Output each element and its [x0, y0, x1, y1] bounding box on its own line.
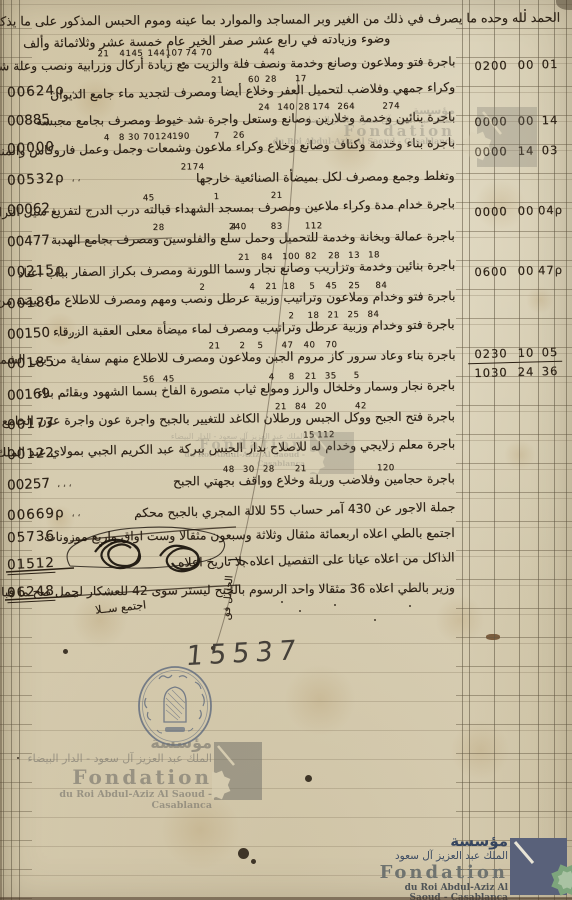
official-seal-stamp-icon: [139, 667, 211, 745]
entry-superscript-number: 5: [309, 280, 315, 295]
entry-superscript-number: 84: [375, 279, 387, 294]
entry-superscript-number: 21: [295, 462, 307, 477]
total-value: 00885: [7, 111, 51, 129]
entry-superscript-number: 21: [208, 339, 220, 354]
entry-superscript-number: 274: [382, 99, 400, 114]
entry-superscript-number: 84: [295, 400, 307, 415]
watermark-french-line: du Roi Abdul-Aziz Al Saoud - Casablanca: [0, 789, 212, 811]
right-table-cell: 05: [538, 345, 562, 360]
ruling-vertical-line: [494, 0, 495, 900]
entry-superscript-number: 7: [214, 129, 220, 144]
header-invocation-line: الحمد لله وحده ما يصرف في ذلك من الغير و…: [0, 10, 560, 30]
entry-superscript-number: 21: [275, 400, 287, 415]
ink-speck: [305, 775, 312, 782]
entry-superscript-number: 124: [155, 130, 173, 145]
entry-superscript-number: 30: [128, 131, 140, 146]
right-table-cell: 10: [514, 345, 538, 360]
entry-superscript-number: 45: [143, 191, 155, 206]
right-table-row: 00000014: [468, 113, 562, 129]
entry-superscript-number: 74: [193, 160, 205, 175]
ledger-entry-line: باجرة فتو وخدام وملاعون وتراتيب وزبية عر…: [0, 289, 455, 310]
entry-superscript-number: 28: [298, 100, 310, 115]
entry-superscript-number: 83: [271, 220, 283, 235]
entry-superscript-number: 84: [261, 250, 273, 265]
entry-superscript-number: 17: [295, 72, 307, 87]
entry-superscript-number: 25: [348, 279, 360, 294]
total-value: 00624ρ: [7, 82, 65, 101]
ledger-entry-line: باجرة بناء وخدمة وكناف وصانع وخلاع وكراء…: [0, 135, 455, 159]
right-table-cell: 0000: [468, 204, 514, 219]
entry-superscript-number: 28: [328, 249, 340, 264]
entry-superscript-number: 21: [271, 189, 283, 204]
right-table-cell: 00: [514, 57, 538, 72]
total-value: 00122: [7, 445, 56, 463]
right-table-row: 00001403: [468, 143, 562, 159]
entry-superscript-number: 2: [199, 281, 205, 296]
left-total-amount: 01512: [7, 555, 56, 575]
entry-text: جملة الاجور عن 430 آمر حساب 55 للالة الم…: [134, 500, 456, 520]
right-table-row: 00000004ρ: [468, 203, 562, 219]
closing-sum-note: اجتمع ســلا: [94, 598, 146, 616]
entry-superscript-number: 4: [231, 220, 237, 235]
ditto-marks: ، ،: [71, 509, 80, 519]
entry-superscript-number: 42: [355, 399, 367, 414]
entry-superscript-number: 45: [163, 372, 175, 387]
entry-text: اجتمع بالطي اعلاه اربعمائة مثقال وثلاثة …: [44, 526, 455, 544]
manuscript-page: الحمد لله وحده ما يصرف في ذلك من الغير و…: [0, 0, 572, 900]
total-value: 00169: [7, 386, 51, 404]
entry-superscript-number: 21: [238, 251, 250, 266]
left-total-amount: 00000: [7, 139, 56, 157]
ditto-marks: ، ،: [57, 115, 66, 125]
ink-speck: [251, 859, 256, 864]
right-table-cell: 1030: [468, 365, 514, 380]
right-table-cell: 14: [538, 113, 562, 128]
left-total-amount: 00257، ، ،: [7, 474, 72, 493]
entry-superscript-number: 47: [281, 339, 293, 354]
entry-superscript-number: 84: [368, 308, 380, 323]
watermark-arabic-name: مؤسسة: [378, 832, 508, 850]
total-value: 05736: [7, 528, 56, 546]
entry-superscript-number: 82: [305, 249, 317, 264]
fondation-logo-square-icon: [212, 741, 265, 821]
left-total-amount: 00062، ،: [7, 199, 66, 218]
watermark-fondation-label: Fondation: [0, 765, 212, 789]
entry-text: باجرة نجار وسمار وخلخال والرز ومولع ثياب…: [37, 378, 455, 400]
paper-stain: [284, 664, 356, 736]
right-table-cell: 04ρ: [538, 203, 562, 218]
left-total-amount: 00532ρ، ،: [7, 169, 81, 189]
entry-superscript-number: 18: [308, 309, 320, 324]
entry-superscript-number: 4: [269, 370, 275, 385]
entry-superscript-number: 13: [348, 249, 360, 264]
entry-superscript-number: 18: [368, 248, 380, 263]
entry-text: باجرة عمالة وبخانة وخدمة للتحميل وحمل سل…: [51, 229, 455, 247]
left-total-amount: 00215ρ: [7, 262, 65, 281]
paper-stain: [160, 790, 240, 870]
entry-superscript-number: 120: [377, 461, 395, 476]
entry-superscript-number: 25: [348, 308, 360, 323]
ink-speck: [486, 634, 500, 640]
right-table-cell: 0200: [468, 58, 514, 73]
ditto-marks: ، ،: [57, 204, 66, 214]
entry-text: باجرة بناء وعاد سرور كاز مروم الجبن وملا…: [0, 348, 455, 368]
entry-superscript-number: 8: [289, 370, 295, 385]
left-total-amount: 00180: [7, 294, 56, 312]
left-total-amount: 00477،: [7, 232, 61, 251]
entry-superscript-number: 28: [153, 221, 165, 236]
ledger-entry-line: باجرة بنائين وخدمة وخلارين وصانع وستعل و…: [36, 110, 455, 129]
entry-superscript-number: 40: [303, 338, 315, 353]
entry-superscript-number: 15: [303, 428, 315, 443]
ink-speck: [374, 619, 377, 622]
left-total-amount: 06248: [7, 583, 56, 603]
ruling-vertical-line: [566, 0, 567, 900]
entry-superscript-number: 264: [337, 100, 355, 115]
entry-superscript-number: 100: [282, 250, 300, 265]
total-value: 00062: [7, 200, 51, 218]
watermark-bottom-left: مؤسسة الملك عبد العزيز آل سعود - الدار ا…: [0, 733, 265, 813]
total-value: 01512: [7, 555, 56, 573]
ledger-entry-line: باجرة خدام مدة وكراء ملاعين ومصرف بمسجد …: [0, 197, 455, 221]
entry-superscript-number: 70: [325, 338, 337, 353]
entry-superscript-number: 107: [165, 46, 183, 61]
left-total-amount: 00669ρ، ،: [7, 504, 81, 524]
entry-text: وتغلط وجمع ومصرف لكل بميضأة الصنائعية خا…: [196, 169, 455, 186]
paper-stain: [435, 595, 485, 645]
entry-superscript-number: 5: [257, 339, 263, 354]
right-table-row: 06000047ρ: [468, 263, 562, 279]
left-total-amount: 00885، ،: [7, 110, 66, 129]
paper-stain: [504, 439, 536, 471]
total-value: 00185: [7, 354, 56, 372]
ledger-entry-line: الذاكل من اعلاه عيانا على التفصيل اعلاه …: [178, 550, 455, 570]
total-value: 00532ρ: [7, 170, 65, 189]
entry-superscript-number: 30: [243, 463, 255, 478]
ditto-marks: ،: [57, 237, 60, 247]
ruling-vertical-line: [469, 0, 470, 900]
ink-speck: [299, 610, 302, 613]
left-total-amount: 05736: [7, 528, 56, 546]
entry-superscript-number: 2: [239, 339, 245, 354]
ruling-vertical-line: [538, 0, 539, 900]
ink-speck: [63, 649, 68, 654]
total-value: 00177: [7, 415, 56, 433]
entry-text: باجرة فتو وملاعون وصانع وخدمة ونصف فلة و…: [0, 55, 455, 74]
ledger-entry-line: باجرة معلم زلايجي وخدام له للاصلاح بدار …: [0, 437, 455, 463]
entry-superscript-number: 28: [265, 73, 277, 88]
fondation-star-icon: [551, 864, 572, 895]
total-value: 00150: [7, 325, 51, 343]
entry-superscript-number: 140: [277, 100, 295, 115]
watermark-bottom-right: مؤسسة الملك عبد العزيز آل سعود Fondation…: [378, 832, 572, 900]
entry-superscript-number: 21: [211, 74, 223, 89]
left-total-amount: 00122: [7, 445, 56, 463]
entry-superscript-number: 28: [263, 462, 275, 477]
ledger-entry-line: باجرة فتح الجبح ووكل الجبس ورطلان الكاغد…: [0, 409, 455, 429]
ledger-entry-line: اجتمع بالطي اعلاه اربعمائة مثقال وثلاثة …: [44, 526, 455, 545]
total-value: 00215ρ: [7, 262, 65, 281]
left-total-amount: 00177: [7, 415, 56, 433]
right-table-cell: 00: [514, 203, 538, 218]
total-value: 00000: [7, 139, 56, 157]
entry-text: الذاكل من اعلاه عيانا على التفصيل اعلاه …: [178, 550, 455, 569]
fondation-logo-square-icon: [508, 836, 572, 900]
ink-speck: [238, 848, 249, 859]
right-table-cell: 0600: [468, 264, 514, 279]
entry-superscript-number: 190: [172, 130, 190, 145]
right-table-cell: 47ρ: [538, 263, 562, 278]
ledger-entry-line: جملة الاجور عن 430 آمر حساب 55 للالة الم…: [134, 500, 456, 521]
entry-superscript-number: 18: [283, 280, 295, 295]
entry-superscript-number: 20: [315, 400, 327, 415]
ledger-entry-line: باجرة نجار وسمار وخلخال والرز ومولع ثياب…: [37, 378, 455, 401]
right-table-cell: 03: [538, 143, 562, 158]
total-value: 06248: [7, 583, 56, 601]
entry-text: باجرة خدام مدة وكراء ملاعين ومصرف بمسجد …: [0, 197, 455, 220]
entry-superscript-number: 44: [263, 45, 275, 60]
entry-superscript-number: 45: [325, 279, 337, 294]
left-total-amount: 00185: [7, 354, 56, 372]
entry-superscript-number: 24: [258, 101, 270, 116]
right-table-cell: 0000: [468, 144, 514, 159]
entry-superscript-number: 21: [97, 47, 109, 62]
entry-superscript-number: 70: [143, 130, 155, 145]
fondation-star-icon: [212, 771, 230, 800]
entry-superscript-number: 2: [289, 309, 295, 324]
ledger-entry-line: باجرة بناء وعاد سرور كاز مروم الجبن وملا…: [0, 348, 455, 369]
entry-superscript-number: 56: [143, 373, 155, 388]
entry-superscript-number: 70: [200, 46, 212, 61]
ditto-marks: ، ،: [71, 86, 80, 96]
paper-stain: [526, 286, 554, 314]
entry-text: باجرة بناء وخدمة وكناف وصانع وخلاع وكراء…: [0, 135, 455, 158]
entry-superscript-number: 1: [214, 190, 220, 205]
left-total-amount: 00150، ، ، ،: [7, 323, 78, 343]
total-value: 00180: [7, 294, 56, 312]
entry-text: باجرة حجامين وفلاضب وربلة وخلاع وواقف بج…: [173, 472, 455, 489]
ledger-entry-line: باجرة عمالة وبخانة وخدمة للتحميل وحمل سل…: [51, 229, 455, 248]
total-value: 00477: [7, 232, 51, 250]
entry-superscript-number: 60: [248, 73, 260, 88]
ledger-entry-line: باجرة فتو وخدام وزبية عرطل وتراتيب ومصرف…: [53, 317, 455, 340]
watermark-arabic-line: الملك عبد العزيز آل سعود: [378, 850, 508, 862]
ledger-entry-line: باجرة بنائين وخدمة وتزاريب وصانع نجار وس…: [18, 258, 455, 281]
right-table-row: 02301005: [468, 345, 562, 364]
right-table-cell: 01: [538, 57, 562, 72]
ditto-marks: ، ، ، ،: [57, 328, 78, 339]
right-table-cell: 0230: [468, 346, 514, 361]
entry-superscript-number: 35: [325, 369, 337, 384]
right-table-row: 02000001: [468, 57, 562, 73]
ink-speck: [281, 601, 284, 604]
total-value: 00257: [7, 475, 51, 493]
entry-superscript-number: 4: [104, 131, 110, 146]
entry-superscript-number: 26: [233, 128, 245, 143]
ditto-marks: ، ، ،: [57, 479, 72, 490]
entry-superscript-number: 74: [185, 46, 197, 61]
entry-superscript-number: 4: [249, 280, 255, 295]
right-table-cell: 0000: [468, 114, 514, 129]
left-total-amount: 00169، ، ، ،: [7, 384, 78, 404]
watermark-arabic-name: مؤسسة: [0, 733, 212, 752]
entry-superscript-number: 112: [317, 428, 335, 443]
entry-text: باجرة فتح الجبح ووكل الجبس ورطلان الكاغد…: [0, 409, 455, 428]
right-table-cell: 00: [514, 263, 538, 278]
ditto-marks: ، ،: [71, 174, 80, 184]
right-table-cell: 00: [514, 113, 538, 128]
corner-smudge: [556, 0, 572, 10]
watermark-fondation-label: Fondation: [378, 862, 508, 883]
entry-text: باجرة معلم زلايجي وخدام له للاصلاح بدار …: [0, 437, 455, 462]
ink-speck: [17, 757, 20, 760]
ink-speck: [334, 604, 336, 606]
entry-text: باجرة بنائين وخدمة وتزاريب وصانع نجار وس…: [18, 258, 455, 280]
right-table-row: 10302436: [468, 364, 562, 380]
entry-superscript-number: 112: [305, 219, 323, 234]
entry-text: باجرة فتو وخدام وزبية عرطل وتراتيب ومصرف…: [53, 317, 455, 339]
ruling-vertical-line: [519, 0, 520, 900]
entry-superscript-number: 145: [125, 47, 143, 62]
page-left-edge: [0, 0, 2, 900]
ink-speck: [409, 605, 411, 607]
right-table-cell: 36: [538, 364, 562, 379]
right-table-cell: 24: [514, 364, 538, 379]
entry-superscript-number: 21: [181, 160, 193, 175]
watermark-fondation-label: Fondation: [273, 126, 455, 136]
ditto-marks: ، ، ، ،: [57, 389, 78, 400]
entry-superscript-number: 21: [265, 280, 277, 295]
right-table-cell: 14: [514, 143, 538, 158]
entry-superscript-number: 174: [312, 100, 330, 115]
entry-superscript-number: 8: [119, 131, 125, 146]
ledger-entry-line: وتغلط وجمع ومصرف لكل بميضأة الصنائعية خا…: [196, 169, 455, 187]
watermark-arabic-line: الملك عبد العزيز آل سعود - الدار البيضاء: [0, 752, 212, 765]
paper-stain: [450, 720, 510, 780]
entry-superscript-number: 21: [328, 308, 340, 323]
ledger-entry-line: باجرة حجامين وفلاضب وربلة وخلاع وواقف بج…: [173, 472, 455, 490]
entry-superscript-number: 144: [147, 47, 165, 62]
ledger-entry-line: باجرة فتو وملاعون وصانع وخدمة ونصف فلة و…: [0, 55, 455, 75]
entry-superscript-number: 5: [354, 369, 360, 384]
right-margin-ruling: [456, 0, 572, 900]
entry-superscript-number: 48: [223, 463, 235, 478]
ruling-vertical-line: [462, 0, 463, 900]
ruling-vertical-line: [554, 0, 555, 900]
entry-superscript-number: 21: [305, 370, 317, 385]
total-value: 00669ρ: [7, 505, 65, 524]
archive-reference-number: 15537: [185, 635, 303, 672]
entry-superscript-number: 4: [119, 47, 125, 62]
